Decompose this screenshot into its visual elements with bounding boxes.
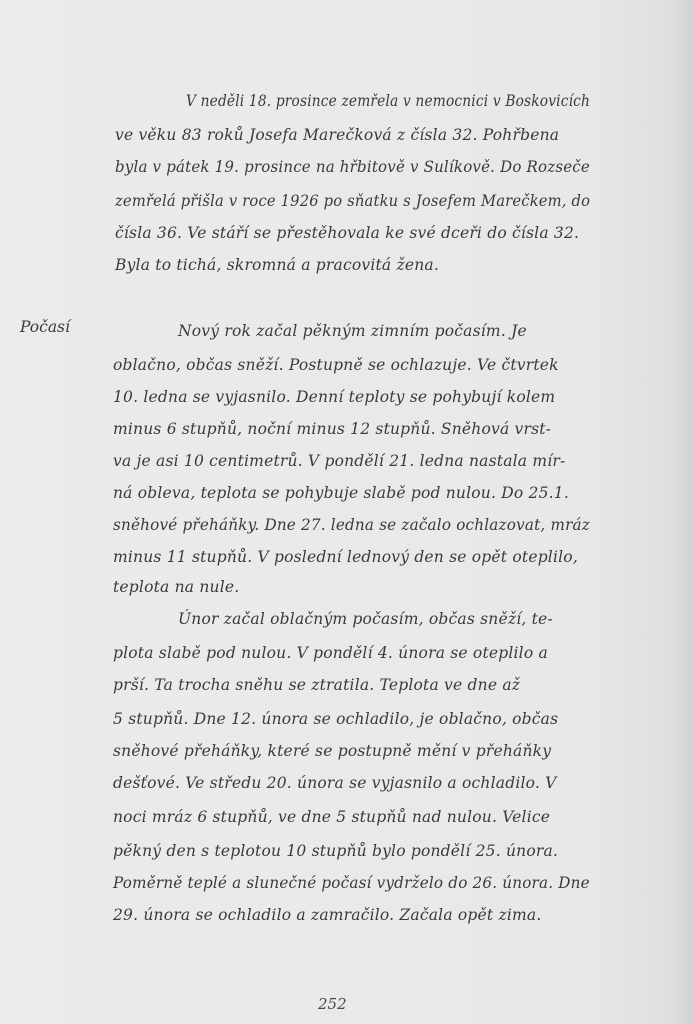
text-line: prší. Ta trocha sněhu se ztratila. Teplo… bbox=[113, 676, 520, 694]
text-line: byla v pátek 19. prosince na hřbitově v … bbox=[115, 158, 590, 176]
text-line: pěkný den s teplotou 10 stupňů bylo pond… bbox=[113, 842, 558, 860]
text-line: va je asi 10 centimetrů. V pondělí 21. l… bbox=[113, 452, 565, 470]
handwritten-page: V neděli 18. prosince zemřela v nemocnic… bbox=[0, 0, 694, 1024]
text-line: zemřelá přišla v roce 1926 po sňatku s J… bbox=[115, 192, 590, 210]
text-line: V neděli 18. prosince zemřela v nemocnic… bbox=[186, 92, 590, 110]
text-line: 29. února se ochladilo a zamračilo. Zača… bbox=[113, 906, 541, 924]
text-line: plota slabě pod nulou. V pondělí 4. únor… bbox=[113, 644, 548, 662]
text-line: oblačno, občas sněží. Postupně se ochlaz… bbox=[113, 356, 559, 374]
text-line: Byla to tichá, skromná a pracovitá žena. bbox=[115, 256, 439, 274]
text-line: minus 11 stupňů. V poslední lednový den … bbox=[113, 548, 578, 566]
text-line: teplota na nule. bbox=[113, 578, 239, 596]
text-line: 5 stupňů. Dne 12. února se ochladilo, je… bbox=[113, 710, 558, 728]
page-number: 252 bbox=[318, 995, 347, 1013]
text-line: čísla 36. Ve stáří se přestěhovala ke sv… bbox=[115, 224, 579, 242]
text-line: ve věku 83 roků Josefa Marečková z čísla… bbox=[115, 126, 559, 144]
text-line: minus 6 stupňů, noční minus 12 stupňů. S… bbox=[113, 420, 551, 438]
text-line: sněhové přeháňky, které se postupně mění… bbox=[113, 742, 551, 760]
text-line: dešťové. Ve středu 20. února se vyjasnil… bbox=[113, 774, 557, 792]
text-line: Nový rok začal pěkným zimním počasím. Je bbox=[178, 322, 527, 340]
text-line: 10. ledna se vyjasnilo. Denní teploty se… bbox=[113, 388, 555, 406]
text-line: Poměrně teplé a slunečné počasí vydrželo… bbox=[113, 874, 590, 892]
text-line: sněhové přeháňky. Dne 27. ledna se začal… bbox=[113, 516, 590, 534]
text-line: noci mráz 6 stupňů, ve dne 5 stupňů nad … bbox=[113, 808, 550, 826]
text-line: ná obleva, teplota se pohybuje slabě pod… bbox=[113, 484, 569, 502]
margin-note: Počasí bbox=[20, 318, 70, 336]
text-line: Únor začal oblačným počasím, občas sněží… bbox=[178, 610, 553, 628]
